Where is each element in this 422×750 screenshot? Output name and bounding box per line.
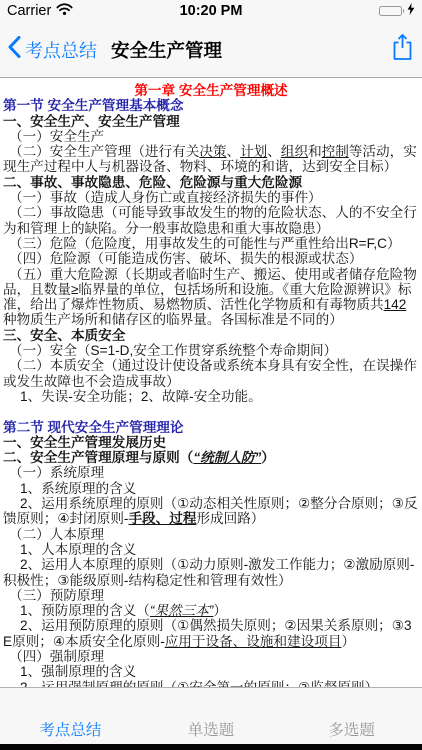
paragraph: 1、失误-安全功能；2、故障-安全功能。 [3,389,419,404]
paragraph: 2、运用系统原理的原则（①动态相关性原则；②整分合原则；③反馈原则；④封闭原则-… [3,496,419,527]
tab-label: 单选题 [188,718,235,740]
paragraph: （五）重大危险源（长期或者临时生产、搬运、使用或者储存危险物品，且数量≥临界量的… [3,267,419,328]
back-button-label: 考点总结 [25,37,97,63]
charging-bolt-icon [407,2,415,20]
tab-label: 多选题 [328,718,375,740]
paragraph: 第一章 安全生产管理概述 [3,83,419,98]
paragraph: 三、安全、本质安全 [3,328,419,343]
paragraph: 2、运用人本原理的原则（①动力原则-激发工作能力；②激励原则-积极性；③能级原则… [3,557,419,588]
paragraph: 一、安全生产管理发展历史 [3,435,419,450]
paragraph: （三）危险（危险度，用事故发生的可能性与严重性给出R=F,C） [3,236,419,251]
paragraph: 二、事故、事故隐患、危险、危险源与重大危险源 [3,175,419,190]
page-title: 安全生产管理 [111,37,384,63]
paragraph: （四）强制原理 [3,649,419,664]
paragraph: （一）事故（造成人身伤亡或直接经济损失的事件） [3,190,419,205]
tab-multiple-choice[interactable]: 多选题 [281,688,422,744]
paragraph: 2、运用预防原理的原则（①偶然损失原则；②因果关系原则；③3E原则；④本质安全化… [3,618,419,649]
paragraph: 1、人本原理的含义 [3,542,419,557]
navigation-bar: 考点总结 安全生产管理 [0,22,422,78]
wifi-icon [56,3,73,20]
paragraph: 第一节 安全生产管理基本概念 [3,98,419,113]
paragraph: （四）危险源（可能造成伤害、破坏、损失的根源或状态） [3,251,419,266]
tab-exam-points-summary[interactable]: 考点总结 [0,688,141,744]
carrier-label: Carrier [7,3,51,19]
share-button[interactable] [384,33,414,66]
paragraph: （一）安全生产 [3,129,419,144]
tab-single-choice[interactable]: 单选题 [141,688,282,744]
content-area[interactable]: 第一章 安全生产管理概述第一节 安全生产管理基本概念一、安全生产、安全生产管理（… [0,78,422,687]
paragraph: 第二节 现代安全生产管理理论 [3,420,419,435]
paragraph: （二）本质安全（通过设计使设备或系统本身具有安全性，在误操作或发生故障也不会造成… [3,358,419,389]
paragraph: 二、安全生产管理原理与原则（“统制人防”） [3,450,419,465]
paragraph-spacer [3,404,419,419]
paragraph: （三）预防原理 [3,588,419,603]
bottom-black-bar [0,744,422,750]
paragraph: （二）人本原理 [3,527,419,542]
app-window: Carrier 10:20 PM [0,0,422,750]
paragraph: 1、强制原理的含义 [3,664,419,679]
chevron-left-icon [8,36,25,63]
paragraph: 1、预防原理的含义（“果然三本”） [3,603,419,618]
battery-icon [379,6,405,16]
paragraph: （二）事故隐患（可能导致事故发生的物的危险状态、人的不安全行为和管理上的缺陷。分… [3,205,419,236]
paragraph: 1、系统原理的含义 [3,481,419,496]
status-bar: Carrier 10:20 PM [0,0,422,22]
paragraph: （一）安全（S=1-D,安全工作贯穿系统整个寿命期间） [3,343,419,358]
paragraph: 2、运用强制原理的原则（①安全第一的原则；②监督原则） [3,680,419,687]
back-button[interactable]: 考点总结 [8,36,97,63]
paragraph: （一）系统原理 [3,465,419,480]
share-icon [391,33,414,66]
paragraph: 一、安全生产、安全生产管理 [3,114,419,129]
tab-label: 考点总结 [39,718,101,740]
paragraph: （二）安全生产管理（进行有关决策、计划、组织和控制等活动，实现生产过程中人与机器… [3,144,419,175]
tab-bar: 考点总结单选题多选题 [0,687,422,744]
